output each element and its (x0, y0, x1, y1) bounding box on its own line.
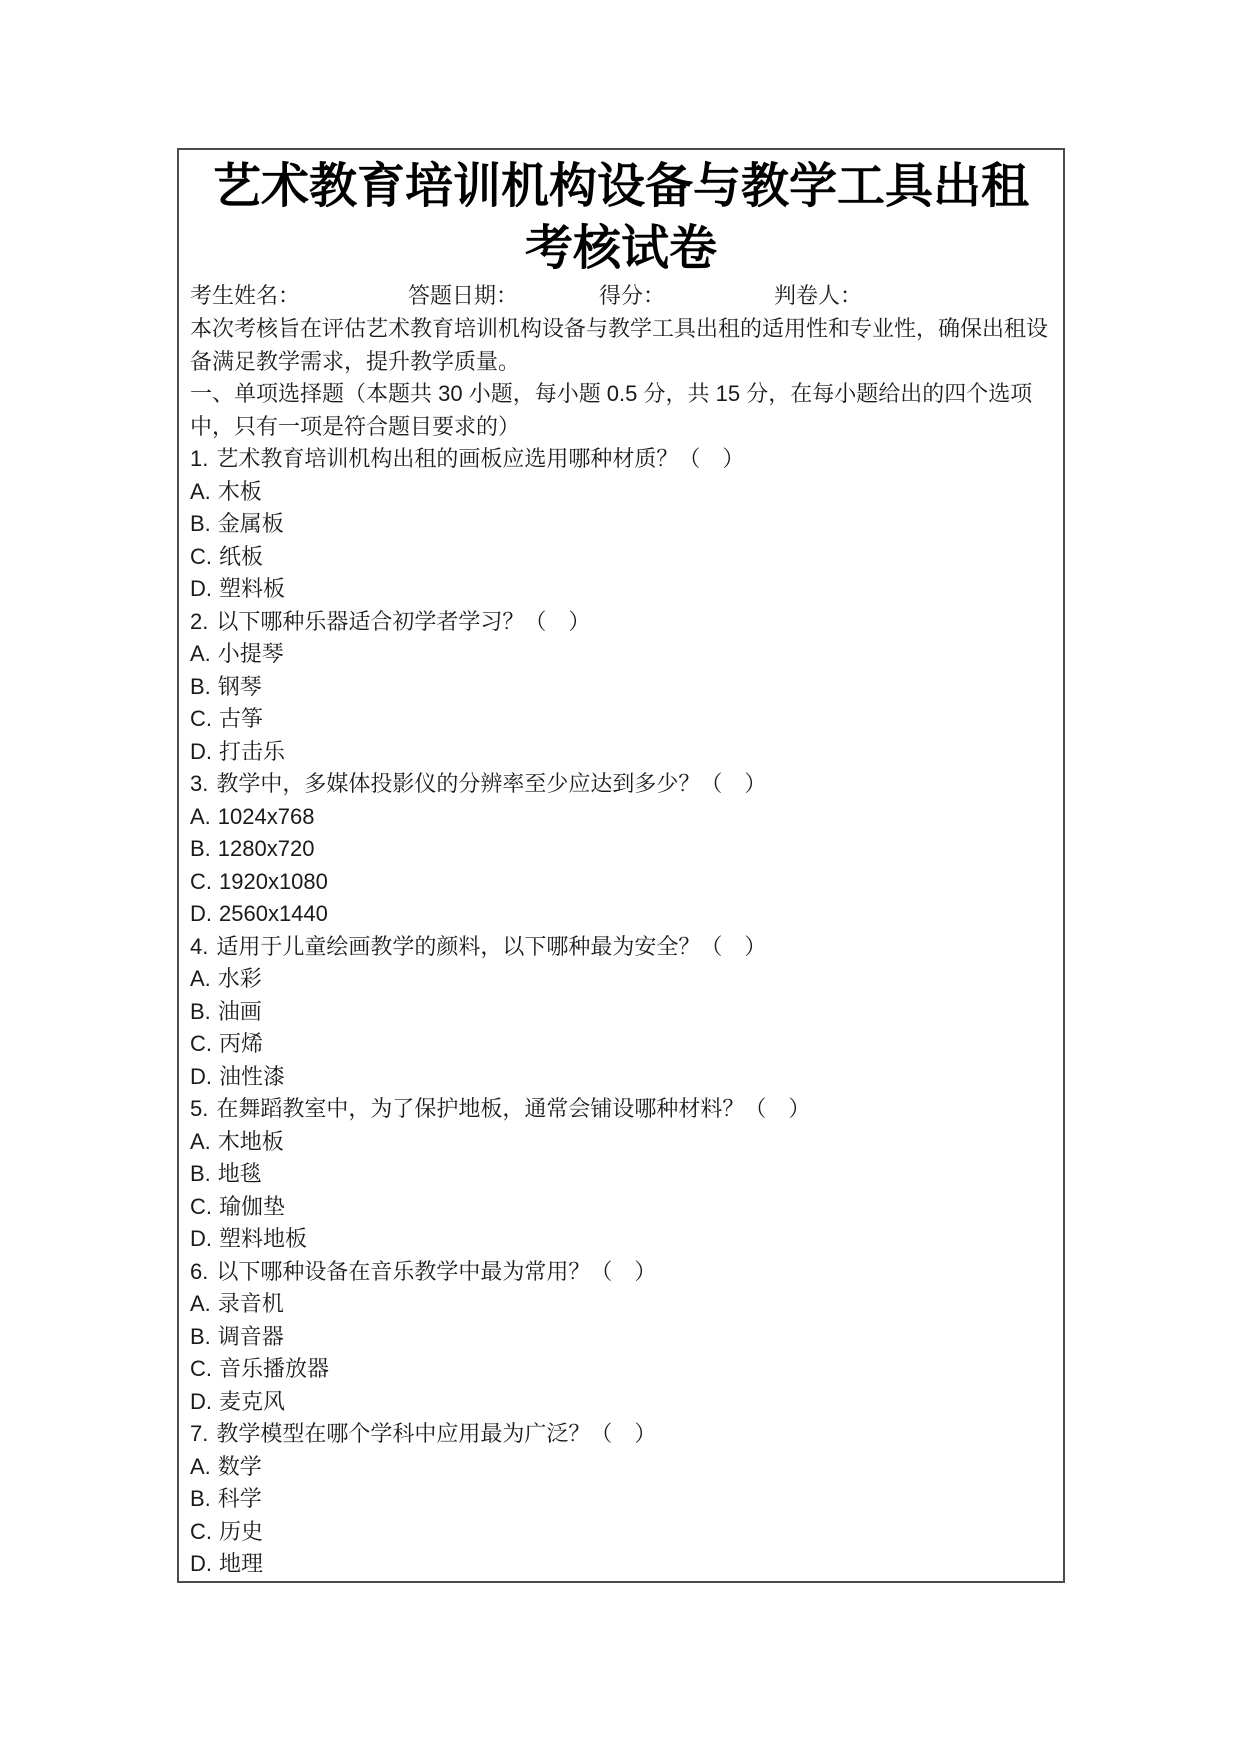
exam-sheet: 艺术教育培训机构设备与教学工具出租考核试卷 考生姓名： 答题日期： 得分： 判卷… (177, 148, 1065, 1583)
option-line: B.调音器 (190, 1321, 1052, 1354)
option-label: C. (190, 869, 212, 894)
question-number: 5. (190, 1096, 208, 1121)
option-text: 水彩 (218, 966, 262, 991)
option-text: 1920x1080 (219, 869, 328, 894)
option-label: B. (190, 1161, 211, 1186)
option-text: 地理 (219, 1551, 263, 1576)
question-line: 3.教学中，多媒体投影仪的分辨率至少应达到多少？（ ） (190, 768, 1052, 801)
option-text: 1280x720 (218, 836, 315, 861)
question-block: 5.在舞蹈教室中，为了保护地板，通常会铺设哪种材料？（ ） A.木地板 B.地毯… (190, 1093, 1052, 1256)
option-text: 科学 (218, 1486, 262, 1511)
option-line: C.瑜伽垫 (190, 1191, 1052, 1224)
option-line: A.1024x768 (190, 801, 1052, 834)
option-line: A.小提琴 (190, 638, 1052, 671)
question-line: 6.以下哪种设备在音乐教学中最为常用？（ ） (190, 1256, 1052, 1289)
option-text: 塑料地板 (219, 1226, 307, 1251)
question-number: 7. (190, 1421, 208, 1446)
option-text: 油画 (218, 999, 262, 1024)
option-label: A. (190, 804, 211, 829)
option-label: D. (190, 576, 212, 601)
option-text: 塑料板 (219, 576, 285, 601)
question-block: 2.以下哪种乐器适合初学者学习？（ ） A.小提琴 B.钢琴 C.古筝 D.打击… (190, 606, 1052, 769)
option-line: A.录音机 (190, 1288, 1052, 1321)
option-line: D.油性漆 (190, 1061, 1052, 1094)
option-text: 木地板 (218, 1129, 284, 1154)
option-line: D.地理 (190, 1548, 1052, 1581)
option-text: 纸板 (219, 544, 263, 569)
question-line: 1.艺术教育培训机构出租的画板应选用哪种材质？（ ） (190, 443, 1052, 476)
option-label: B. (190, 1486, 211, 1511)
question-number: 6. (190, 1259, 208, 1284)
question-text: 在舞蹈教室中，为了保护地板，通常会铺设哪种材料？（ ） (216, 1096, 810, 1121)
option-text: 油性漆 (219, 1064, 285, 1089)
option-line: A.木地板 (190, 1126, 1052, 1159)
question-text: 艺术教育培训机构出租的画板应选用哪种材质？（ ） (216, 446, 744, 471)
option-label: B. (190, 1324, 211, 1349)
question-block: 6.以下哪种设备在音乐教学中最为常用？（ ） A.录音机 B.调音器 C.音乐播… (190, 1256, 1052, 1419)
option-line: C.纸板 (190, 541, 1052, 574)
option-line: A.水彩 (190, 963, 1052, 996)
option-text: 地毯 (218, 1161, 262, 1186)
score-label: 得分： (599, 280, 665, 313)
option-text: 古筝 (219, 706, 263, 731)
option-line: C.1920x1080 (190, 866, 1052, 899)
header-fields: 考生姓名： 答题日期： 得分： 判卷人： (190, 280, 1052, 313)
question-text: 以下哪种乐器适合初学者学习？（ ） (216, 609, 590, 634)
option-label: C. (190, 1031, 212, 1056)
option-label: C. (190, 1194, 212, 1219)
option-label: D. (190, 739, 212, 764)
option-line: A.数学 (190, 1451, 1052, 1484)
option-line: D.塑料板 (190, 573, 1052, 606)
question-block: 3.教学中，多媒体投影仪的分辨率至少应达到多少？（ ） A.1024x768 B… (190, 768, 1052, 931)
question-line: 4.适用于儿童绘画教学的颜料，以下哪种最为安全？（ ） (190, 931, 1052, 964)
option-label: B. (190, 999, 211, 1024)
option-line: B.油画 (190, 996, 1052, 1029)
option-label: D. (190, 1551, 212, 1576)
question-block: 4.适用于儿童绘画教学的颜料，以下哪种最为安全？（ ） A.水彩 B.油画 C.… (190, 931, 1052, 1094)
section-heading: 一、单项选择题（本题共 30 小题，每小题 0.5 分，共 15 分，在每小题给… (190, 378, 1052, 443)
option-line: D.打击乐 (190, 736, 1052, 769)
option-text: 木板 (218, 479, 262, 504)
question-line: 7.教学模型在哪个学科中应用最为广泛？（ ） (190, 1418, 1052, 1451)
option-text: 金属板 (218, 511, 284, 536)
option-line: D.2560x1440 (190, 898, 1052, 931)
option-label: C. (190, 544, 212, 569)
option-text: 调音器 (218, 1324, 284, 1349)
option-line: C.古筝 (190, 703, 1052, 736)
question-text: 教学中，多媒体投影仪的分辨率至少应达到多少？（ ） (216, 771, 766, 796)
option-label: B. (190, 836, 211, 861)
option-line: D.塑料地板 (190, 1223, 1052, 1256)
option-line: B.1280x720 (190, 833, 1052, 866)
option-label: D. (190, 1389, 212, 1414)
option-label: D. (190, 1064, 212, 1089)
option-line: C.历史 (190, 1516, 1052, 1549)
option-label: B. (190, 674, 211, 699)
option-label: D. (190, 1226, 212, 1251)
option-label: C. (190, 1356, 212, 1381)
question-text: 以下哪种设备在音乐教学中最为常用？（ ） (216, 1259, 656, 1284)
question-number: 1. (190, 446, 208, 471)
option-text: 瑜伽垫 (219, 1194, 285, 1219)
option-label: A. (190, 1129, 211, 1154)
question-list: 1.艺术教育培训机构出租的画板应选用哪种材质？（ ） A.木板 B.金属板 C.… (190, 443, 1052, 1581)
grader-label: 判卷人： (774, 280, 862, 313)
option-text: 钢琴 (218, 674, 262, 699)
question-number: 2. (190, 609, 208, 634)
option-label: A. (190, 479, 211, 504)
option-label: D. (190, 901, 212, 926)
option-label: C. (190, 706, 212, 731)
option-line: D.麦克风 (190, 1386, 1052, 1419)
question-number: 3. (190, 771, 208, 796)
option-label: A. (190, 966, 211, 991)
question-text: 适用于儿童绘画教学的颜料，以下哪种最为安全？（ ） (216, 934, 766, 959)
option-label: A. (190, 1291, 211, 1316)
option-text: 麦克风 (219, 1389, 285, 1414)
option-line: C.音乐播放器 (190, 1353, 1052, 1386)
option-line: C.丙烯 (190, 1028, 1052, 1061)
option-label: A. (190, 1454, 211, 1479)
option-text: 1024x768 (218, 804, 315, 829)
option-text: 历史 (219, 1519, 263, 1544)
question-line: 2.以下哪种乐器适合初学者学习？（ ） (190, 606, 1052, 639)
option-text: 数学 (218, 1454, 262, 1479)
question-line: 5.在舞蹈教室中，为了保护地板，通常会铺设哪种材料？（ ） (190, 1093, 1052, 1126)
question-number: 4. (190, 934, 208, 959)
option-text: 音乐播放器 (219, 1356, 329, 1381)
answer-date-label: 答题日期： (408, 280, 518, 313)
option-label: C. (190, 1519, 212, 1544)
option-text: 打击乐 (219, 739, 285, 764)
option-line: B.钢琴 (190, 671, 1052, 704)
option-text: 丙烯 (219, 1031, 263, 1056)
option-line: A.木板 (190, 476, 1052, 509)
exam-description: 本次考核旨在评估艺术教育培训机构设备与教学工具出租的适用性和专业性，确保出租设备… (190, 313, 1052, 378)
option-text: 录音机 (218, 1291, 284, 1316)
student-name-label: 考生姓名： (190, 280, 300, 313)
option-line: B.金属板 (190, 508, 1052, 541)
option-line: B.地毯 (190, 1158, 1052, 1191)
question-block: 7.教学模型在哪个学科中应用最为广泛？（ ） A.数学 B.科学 C.历史 D.… (190, 1418, 1052, 1581)
option-text: 小提琴 (218, 641, 284, 666)
option-line: B.科学 (190, 1483, 1052, 1516)
page-title: 艺术教育培训机构设备与教学工具出租考核试卷 (190, 156, 1052, 280)
option-text: 2560x1440 (219, 901, 328, 926)
question-block: 1.艺术教育培训机构出租的画板应选用哪种材质？（ ） A.木板 B.金属板 C.… (190, 443, 1052, 606)
question-text: 教学模型在哪个学科中应用最为广泛？（ ） (216, 1421, 656, 1446)
option-label: B. (190, 511, 211, 536)
option-label: A. (190, 641, 211, 666)
